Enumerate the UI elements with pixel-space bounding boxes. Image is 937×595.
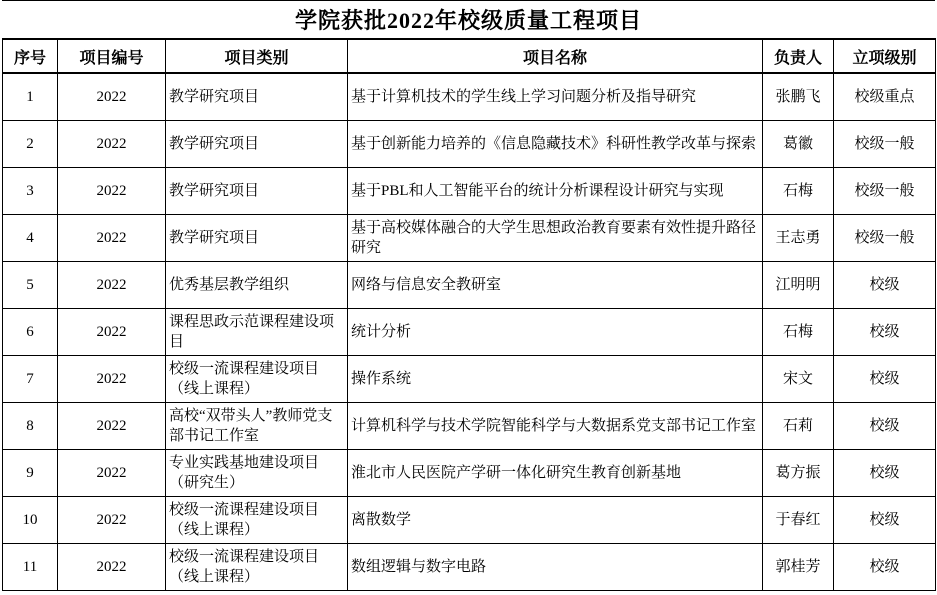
cell-leader: 宋文 (763, 356, 834, 403)
cell-category: 校级一流课程建设项目（线上课程） (166, 497, 348, 544)
cell-name: 基于高校媒体融合的大学生思想政治教育要素有效性提升路径研究 (348, 215, 763, 262)
cell-name: 离散数学 (348, 497, 763, 544)
cell-serial: 9 (3, 450, 58, 497)
cell-level: 校级 (834, 309, 936, 356)
cell-code: 2022 (58, 73, 166, 121)
cell-level: 校级 (834, 356, 936, 403)
table-row: 5 2022 优秀基层教学组织 网络与信息安全教研室 江明明 校级 (3, 262, 936, 309)
cell-level: 校级 (834, 450, 936, 497)
cell-code: 2022 (58, 356, 166, 403)
cell-serial: 11 (3, 544, 58, 591)
cell-serial: 4 (3, 215, 58, 262)
cell-level: 校级 (834, 403, 936, 450)
quality-projects-page: 学院获批2022年校级质量工程项目 序号 项目编号 项目类别 项目名称 负责人 … (2, 0, 935, 591)
cell-leader: 郭桂芳 (763, 544, 834, 591)
cell-serial: 8 (3, 403, 58, 450)
cell-leader: 石梅 (763, 309, 834, 356)
page-title: 学院获批2022年校级质量工程项目 (2, 0, 935, 38)
cell-serial: 10 (3, 497, 58, 544)
column-header-code: 项目编号 (58, 39, 166, 73)
cell-leader: 石莉 (763, 403, 834, 450)
column-header-leader: 负责人 (763, 39, 834, 73)
cell-serial: 5 (3, 262, 58, 309)
cell-code: 2022 (58, 403, 166, 450)
table-row: 4 2022 教学研究项目 基于高校媒体融合的大学生思想政治教育要素有效性提升路… (3, 215, 936, 262)
cell-leader: 江明明 (763, 262, 834, 309)
column-header-name: 项目名称 (348, 39, 763, 73)
cell-category: 优秀基层教学组织 (166, 262, 348, 309)
cell-leader: 王志勇 (763, 215, 834, 262)
cell-name: 统计分析 (348, 309, 763, 356)
cell-serial: 3 (3, 168, 58, 215)
cell-name: 操作系统 (348, 356, 763, 403)
cell-category: 教学研究项目 (166, 168, 348, 215)
table-row: 10 2022 校级一流课程建设项目（线上课程） 离散数学 于春红 校级 (3, 497, 936, 544)
cell-serial: 6 (3, 309, 58, 356)
cell-leader: 葛方振 (763, 450, 834, 497)
table-row: 1 2022 教学研究项目 基于计算机技术的学生线上学习问题分析及指导研究 张鹏… (3, 73, 936, 121)
cell-level: 校级重点 (834, 73, 936, 121)
cell-code: 2022 (58, 215, 166, 262)
cell-level: 校级一般 (834, 215, 936, 262)
cell-serial: 1 (3, 73, 58, 121)
cell-name: 计算机科学与技术学院智能科学与大数据系党支部书记工作室 (348, 403, 763, 450)
cell-level: 校级一般 (834, 168, 936, 215)
cell-code: 2022 (58, 168, 166, 215)
table-row: 3 2022 教学研究项目 基于PBL和人工智能平台的统计分析课程设计研究与实现… (3, 168, 936, 215)
cell-leader: 石梅 (763, 168, 834, 215)
cell-name: 基于创新能力培养的《信息隐藏技术》科研性教学改革与探索 (348, 121, 763, 168)
cell-level: 校级一般 (834, 121, 936, 168)
table-row: 11 2022 校级一流课程建设项目（线上课程） 数组逻辑与数字电路 郭桂芳 校… (3, 544, 936, 591)
cell-name: 数组逻辑与数字电路 (348, 544, 763, 591)
cell-category: 校级一流课程建设项目（线上课程） (166, 544, 348, 591)
cell-code: 2022 (58, 262, 166, 309)
cell-category: 教学研究项目 (166, 215, 348, 262)
table-row: 8 2022 高校“双带头人”教师党支部书记工作室 计算机科学与技术学院智能科学… (3, 403, 936, 450)
cell-level: 校级 (834, 262, 936, 309)
column-header-level: 立项级别 (834, 39, 936, 73)
cell-leader: 于春红 (763, 497, 834, 544)
cell-leader: 张鹏飞 (763, 73, 834, 121)
cell-level: 校级 (834, 544, 936, 591)
cell-name: 淮北市人民医院产学研一体化研究生教育创新基地 (348, 450, 763, 497)
cell-category: 校级一流课程建设项目（线上课程） (166, 356, 348, 403)
column-header-category: 项目类别 (166, 39, 348, 73)
cell-level: 校级 (834, 497, 936, 544)
header-row: 序号 项目编号 项目类别 项目名称 负责人 立项级别 (3, 39, 936, 73)
projects-table: 序号 项目编号 项目类别 项目名称 负责人 立项级别 1 2022 教学研究项目… (2, 38, 936, 591)
cell-code: 2022 (58, 497, 166, 544)
cell-category: 专业实践基地建设项目（研究生） (166, 450, 348, 497)
cell-code: 2022 (58, 544, 166, 591)
cell-name: 基于PBL和人工智能平台的统计分析课程设计研究与实现 (348, 168, 763, 215)
table-row: 7 2022 校级一流课程建设项目（线上课程） 操作系统 宋文 校级 (3, 356, 936, 403)
cell-code: 2022 (58, 450, 166, 497)
table-row: 2 2022 教学研究项目 基于创新能力培养的《信息隐藏技术》科研性教学改革与探… (3, 121, 936, 168)
cell-category: 教学研究项目 (166, 121, 348, 168)
cell-leader: 葛徽 (763, 121, 834, 168)
column-header-serial: 序号 (3, 39, 58, 73)
cell-category: 高校“双带头人”教师党支部书记工作室 (166, 403, 348, 450)
cell-code: 2022 (58, 121, 166, 168)
table-row: 9 2022 专业实践基地建设项目（研究生） 淮北市人民医院产学研一体化研究生教… (3, 450, 936, 497)
cell-category: 课程思政示范课程建设项目 (166, 309, 348, 356)
cell-code: 2022 (58, 309, 166, 356)
cell-name: 网络与信息安全教研室 (348, 262, 763, 309)
cell-name: 基于计算机技术的学生线上学习问题分析及指导研究 (348, 73, 763, 121)
table-row: 6 2022 课程思政示范课程建设项目 统计分析 石梅 校级 (3, 309, 936, 356)
cell-serial: 2 (3, 121, 58, 168)
cell-category: 教学研究项目 (166, 73, 348, 121)
cell-serial: 7 (3, 356, 58, 403)
